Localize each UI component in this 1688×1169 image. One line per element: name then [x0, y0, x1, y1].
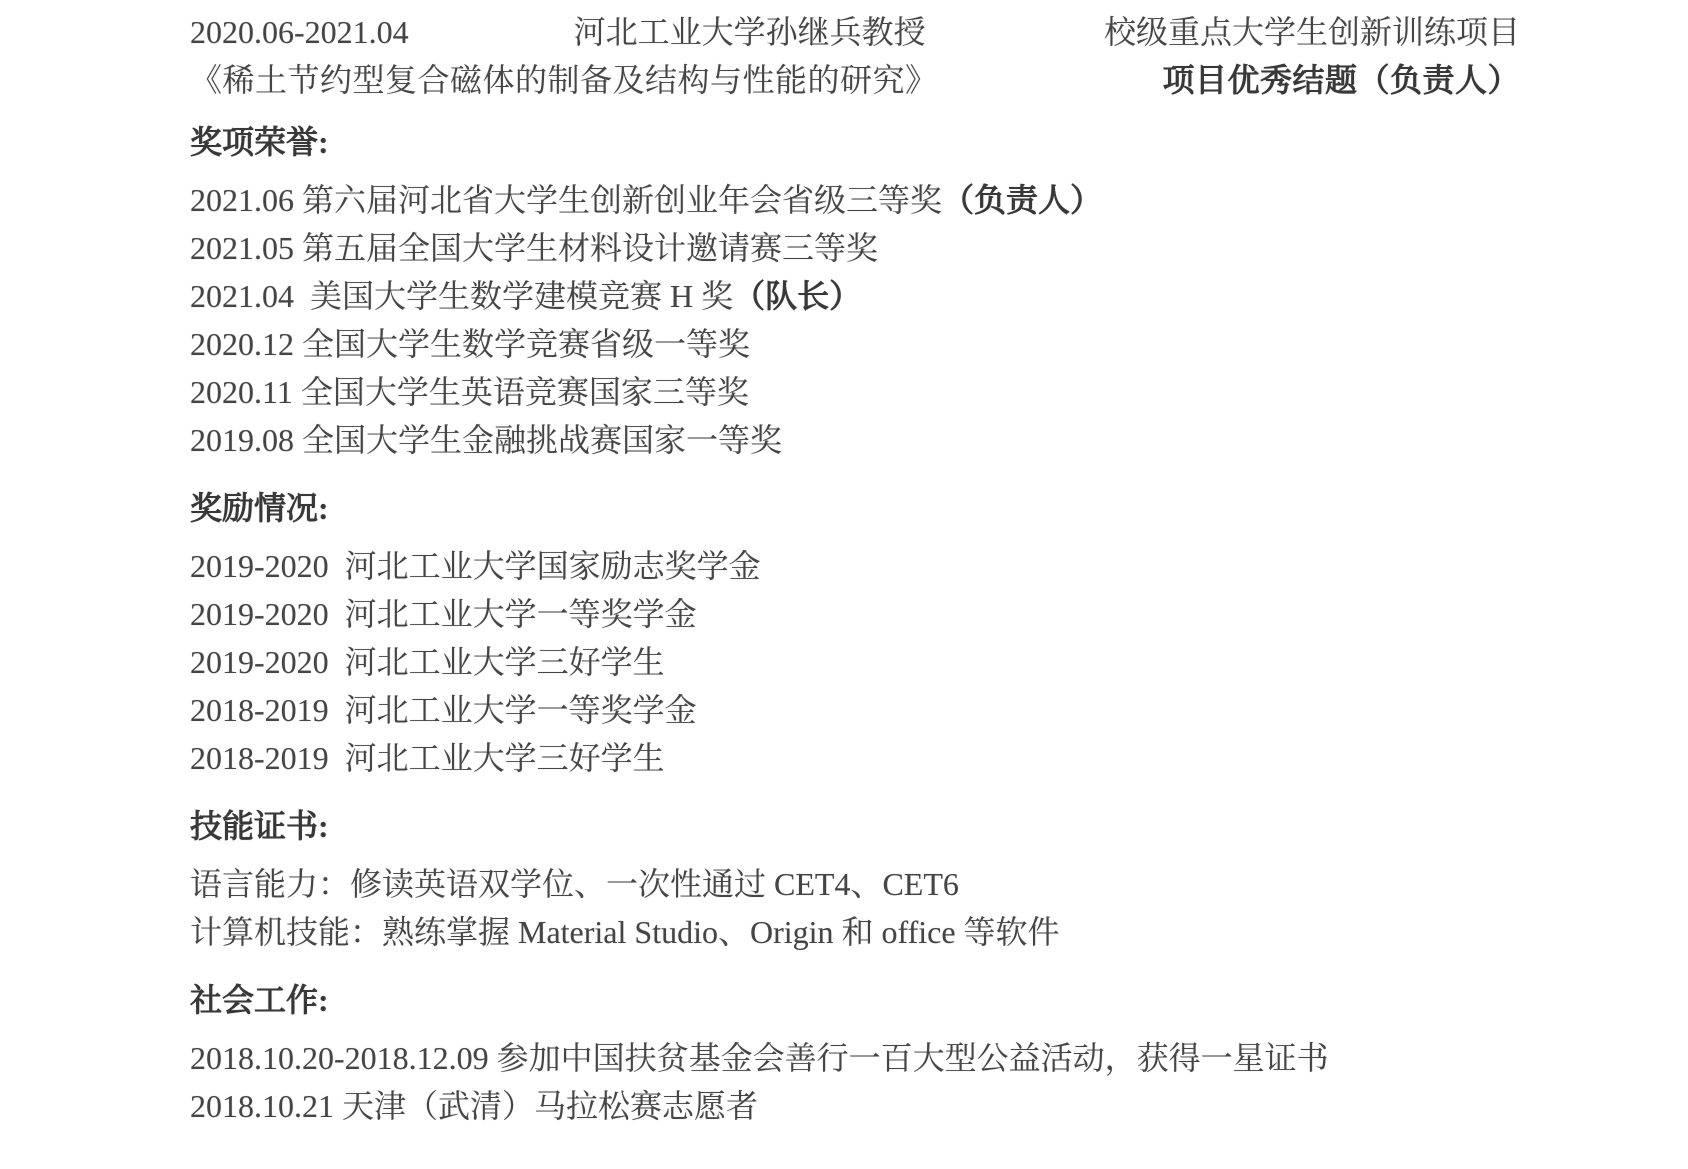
skills-list: 语言能力：修读英语双学位、一次性通过 CET4、CET6 计算机技能：熟练掌握 …	[190, 860, 1520, 956]
project-advisor: 河北工业大学孙继兵教授	[574, 8, 926, 56]
project-title-row: 《稀土节约型复合磁体的制备及结构与性能的研究》 项目优秀结题（负责人）	[190, 56, 1520, 104]
scholarship-item: 2019-2020 河北工业大学国家励志奖学金	[190, 542, 1520, 590]
resume-content: 2020.06-2021.04 河北工业大学孙继兵教授 校级重点大学生创新训练项…	[190, 8, 1520, 1130]
project-category: 校级重点大学生创新训练项目	[1104, 8, 1520, 56]
section-heading-awards: 奖项荣誉:	[190, 118, 1520, 166]
scholarship-item: 2019-2020 河北工业大学三好学生	[190, 638, 1520, 686]
award-item: 2021.04 美国大学生数学建模竞赛 H 奖（队长）	[190, 272, 1520, 320]
project-summary-row: 2020.06-2021.04 河北工业大学孙继兵教授 校级重点大学生创新训练项…	[190, 8, 1520, 56]
skill-item: 语言能力：修读英语双学位、一次性通过 CET4、CET6	[190, 860, 1520, 908]
scholarship-item: 2018-2019 河北工业大学三好学生	[190, 734, 1520, 782]
social-item: 2018.10.20-2018.12.09 参加中国扶贫基金会善行一百大型公益活…	[190, 1034, 1520, 1082]
award-role: （负责人）	[942, 182, 1102, 218]
section-heading-skills: 技能证书:	[190, 802, 1520, 850]
award-text: 2020.11 全国大学生英语竞赛国家三等奖	[190, 374, 749, 410]
project-result: 项目优秀结题（负责人）	[1162, 56, 1520, 104]
award-text: 2021.04 美国大学生数学建模竞赛 H 奖	[190, 278, 733, 314]
project-period: 2020.06-2021.04	[190, 8, 409, 56]
award-item: 2020.12 全国大学生数学竞赛省级一等奖	[190, 320, 1520, 368]
project-title: 《稀土节约型复合磁体的制备及结构与性能的研究》	[190, 56, 938, 104]
award-item: 2019.08 全国大学生金融挑战赛国家一等奖	[190, 416, 1520, 464]
scholarships-list: 2019-2020 河北工业大学国家励志奖学金 2019-2020 河北工业大学…	[190, 542, 1520, 782]
award-item: 2021.06 第六届河北省大学生创新创业年会省级三等奖（负责人）	[190, 176, 1520, 224]
social-list: 2018.10.20-2018.12.09 参加中国扶贫基金会善行一百大型公益活…	[190, 1034, 1520, 1130]
social-item: 2018.10.21 天津（武清）马拉松赛志愿者	[190, 1082, 1520, 1130]
award-item: 2021.05 第五届全国大学生材料设计邀请赛三等奖	[190, 224, 1520, 272]
award-item: 2020.11 全国大学生英语竞赛国家三等奖	[190, 368, 1520, 416]
awards-list: 2021.06 第六届河北省大学生创新创业年会省级三等奖（负责人） 2021.0…	[190, 176, 1520, 464]
award-text: 2019.08 全国大学生金融挑战赛国家一等奖	[190, 422, 782, 458]
section-heading-scholarships: 奖励情况:	[190, 484, 1520, 532]
award-text: 2021.05 第五届全国大学生材料设计邀请赛三等奖	[190, 230, 878, 266]
section-heading-social: 社会工作:	[190, 976, 1520, 1024]
award-role: （队长）	[733, 278, 861, 314]
scholarship-item: 2019-2020 河北工业大学一等奖学金	[190, 590, 1520, 638]
resume-document: 2020.06-2021.04 河北工业大学孙继兵教授 校级重点大学生创新训练项…	[0, 0, 1688, 1169]
skill-item: 计算机技能：熟练掌握 Material Studio、Origin 和 offi…	[190, 908, 1520, 956]
scholarship-item: 2018-2019 河北工业大学一等奖学金	[190, 686, 1520, 734]
award-text: 2020.12 全国大学生数学竞赛省级一等奖	[190, 326, 750, 362]
award-text: 2021.06 第六届河北省大学生创新创业年会省级三等奖	[190, 182, 942, 218]
